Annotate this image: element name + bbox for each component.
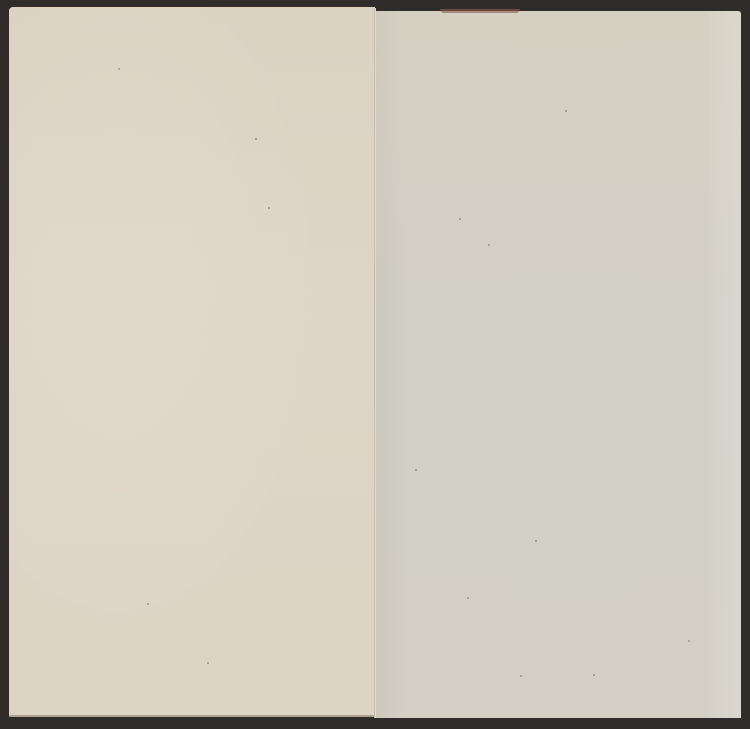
gutter-fold — [374, 8, 376, 718]
paper-speck — [415, 469, 417, 471]
paper-speck — [593, 674, 595, 676]
paper-speck — [147, 603, 149, 605]
paper-speck — [535, 540, 537, 542]
paper-speck — [488, 244, 490, 246]
paper-speck — [207, 662, 209, 664]
left-page — [9, 7, 375, 717]
paper-speck — [688, 640, 690, 642]
paper-speck — [255, 138, 257, 140]
right-page-margin — [709, 11, 741, 718]
top-edge-tear — [440, 9, 520, 13]
paper-speck — [118, 68, 120, 70]
paper-speck — [565, 110, 567, 112]
paper-speck — [459, 218, 461, 220]
paper-speck — [268, 207, 270, 209]
right-page — [375, 11, 741, 718]
paper-speck — [467, 597, 469, 599]
paper-speck — [520, 675, 522, 677]
